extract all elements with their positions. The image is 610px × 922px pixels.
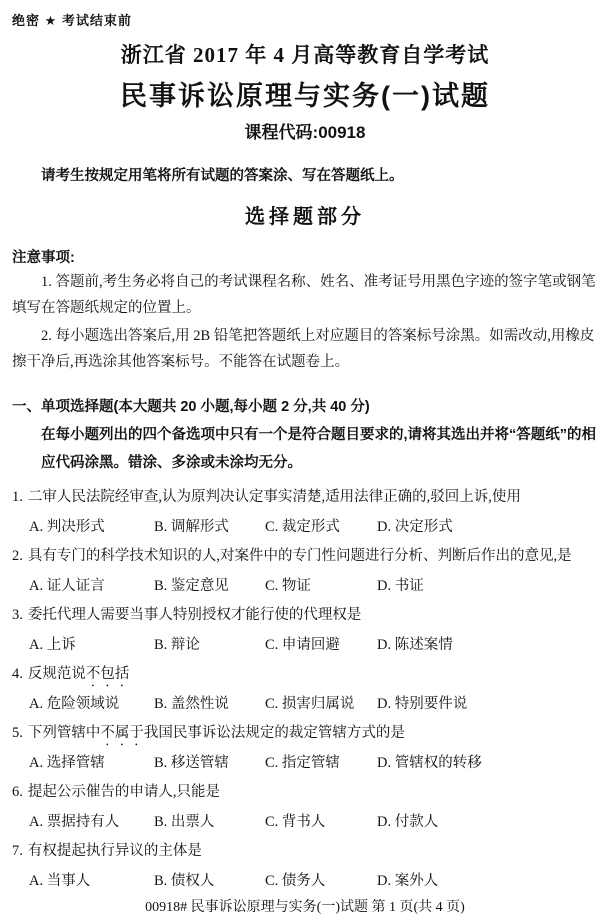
question-stem: 4.反规范说不包括 [12,660,598,690]
option-d: D. 决定形式 [377,513,598,542]
exam-title: 浙江省 2017 年 4 月高等教育自学考试 [12,39,598,69]
options-row: A. 选择管辖 B. 移送管辖 C. 指定管辖 D. 管辖权的转移 [12,749,598,778]
question-3: 3.委托代理人需要当事人特别授权才能行使的代理权是 A. 上诉 B. 辩论 C.… [12,601,598,660]
question-1: 1.二审人民法院经审查,认为原判决认定事实清楚,适用法律正确的,驳回上诉,使用 … [12,483,598,542]
stem-text: 具有专门的科学技术知识的人,对案件中的专门性问题进行分析、判断后作出的意见,是 [28,548,572,564]
option-a: A. 票据持有人 [29,808,154,837]
option-d: D. 书证 [377,572,598,601]
option-a: A. 当事人 [29,867,154,896]
section-intro: 在每小题列出的四个备选项中只有一个是符合题目要求的,请将其选出并将“答题纸”的相… [12,421,598,477]
option-b: B. 调解形式 [154,513,265,542]
question-number: 4. [12,666,23,682]
exam-paper-page: 绝密 ★ 考试结束前 浙江省 2017 年 4 月高等教育自学考试 民事诉讼原理… [0,0,610,922]
option-a: A. 判决形式 [29,513,154,542]
question-number: 5. [12,725,23,741]
option-d: D. 付款人 [377,808,598,837]
answer-sheet-instruction: 请考生按规定用笔将所有试题的答案涂、写在答题纸上。 [12,164,598,185]
question-stem: 1.二审人民法院经审查,认为原判决认定事实清楚,适用法律正确的,驳回上诉,使用 [12,483,598,513]
question-6: 6.提起公示催告的申请人,只能是 A. 票据持有人 B. 出票人 C. 背书人 … [12,778,598,837]
options-row: A. 票据持有人 B. 出票人 C. 背书人 D. 付款人 [12,808,598,837]
stem-text: 下列管辖中 [28,725,101,741]
options-row: A. 证人证言 B. 鉴定意见 C. 物证 D. 书证 [12,572,598,601]
option-c: C. 裁定形式 [265,513,377,542]
option-d: D. 管辖权的转移 [377,749,598,778]
option-a: A. 上诉 [29,631,154,660]
note-item-2: 2. 每小题选出答案后,用 2B 铅笔把答题纸上对应题目的答案标号涂黑。如需改动… [12,323,598,375]
stem-text: 委托代理人需要当事人特别授权才能行使的代理权是 [28,607,362,623]
note-item-1: 1. 答题前,考生务必将自己的考试课程名称、姓名、准考证号用黑色字迹的签字笔或钢… [12,269,598,321]
page-footer: 00918# 民事诉讼原理与实务(一)试题 第 1 页(共 4 页) [12,896,598,920]
option-b: B. 债权人 [154,867,265,896]
stem-text: 有权提起执行异议的主体是 [28,843,202,859]
option-c: C. 申请回避 [265,631,377,660]
notes-label: 注意事项: [12,246,598,267]
option-c: C. 损害归属说 [265,690,377,719]
question-4: 4.反规范说不包括 A. 危险领域说 B. 盖然性说 C. 损害归属说 D. 特… [12,660,598,719]
question-5: 5.下列管辖中不属于我国民事诉讼法规定的裁定管辖方式的是 A. 选择管辖 B. … [12,719,598,778]
question-number: 2. [12,548,23,564]
option-b: B. 移送管辖 [154,749,265,778]
stem-text: 反规范说 [28,666,86,682]
option-a: A. 危险领域说 [29,690,154,719]
options-row: A. 判决形式 B. 调解形式 C. 裁定形式 D. 决定形式 [12,513,598,542]
stem-text: 二审人民法院经审查,认为原判决认定事实清楚,适用法律正确的,驳回上诉,使用 [28,489,521,505]
question-7: 7.有权提起执行异议的主体是 A. 当事人 B. 债权人 C. 债务人 D. 案… [12,837,598,896]
course-code: 课程代码:00918 [12,118,598,143]
question-stem: 7.有权提起执行异议的主体是 [12,837,598,867]
question-stem: 5.下列管辖中不属于我国民事诉讼法规定的裁定管辖方式的是 [12,719,598,749]
question-stem: 2.具有专门的科学技术知识的人,对案件中的专门性问题进行分析、判断后作出的意见,… [12,542,598,572]
options-row: A. 危险领域说 B. 盖然性说 C. 损害归属说 D. 特别要件说 [12,690,598,719]
options-row: A. 当事人 B. 债权人 C. 债务人 D. 案外人 [12,867,598,896]
stem-emphasis: 不包括 [86,666,130,682]
section-heading: 一、单项选择题(本大题共 20 小题,每小题 2 分,共 40 分) [12,395,598,416]
option-b: B. 出票人 [154,808,265,837]
question-number: 7. [12,843,23,859]
question-list: 1.二审人民法院经审查,认为原判决认定事实清楚,适用法律正确的,驳回上诉,使用 … [12,483,598,896]
paper-title: 民事诉讼原理与实务(一)试题 [12,74,598,113]
option-d: D. 案外人 [377,867,598,896]
option-b: B. 鉴定意见 [154,572,265,601]
question-2: 2.具有专门的科学技术知识的人,对案件中的专门性问题进行分析、判断后作出的意见,… [12,542,598,601]
option-c: C. 指定管辖 [265,749,377,778]
question-stem: 3.委托代理人需要当事人特别授权才能行使的代理权是 [12,601,598,631]
option-c: C. 债务人 [265,867,377,896]
option-a: A. 证人证言 [29,572,154,601]
stem-emphasis: 不属于 [100,725,144,741]
option-c: C. 物证 [265,572,377,601]
stem-text-post: 我国民事诉讼法规定的裁定管辖方式的是 [144,725,405,741]
options-row: A. 上诉 B. 辩论 C. 申请回避 D. 陈述案情 [12,631,598,660]
stem-text: 提起公示催告的申请人,只能是 [28,784,220,800]
question-number: 3. [12,607,23,623]
question-number: 6. [12,784,23,800]
option-b: B. 辩论 [154,631,265,660]
option-b: B. 盖然性说 [154,690,265,719]
question-number: 1. [12,489,23,505]
question-stem: 6.提起公示催告的申请人,只能是 [12,778,598,808]
part-heading: 选择题部分 [12,200,598,229]
option-d: D. 陈述案情 [377,631,598,660]
classification-label: 绝密 ★ 考试结束前 [12,10,598,29]
option-a: A. 选择管辖 [29,749,154,778]
option-c: C. 背书人 [265,808,377,837]
option-d: D. 特别要件说 [377,690,598,719]
